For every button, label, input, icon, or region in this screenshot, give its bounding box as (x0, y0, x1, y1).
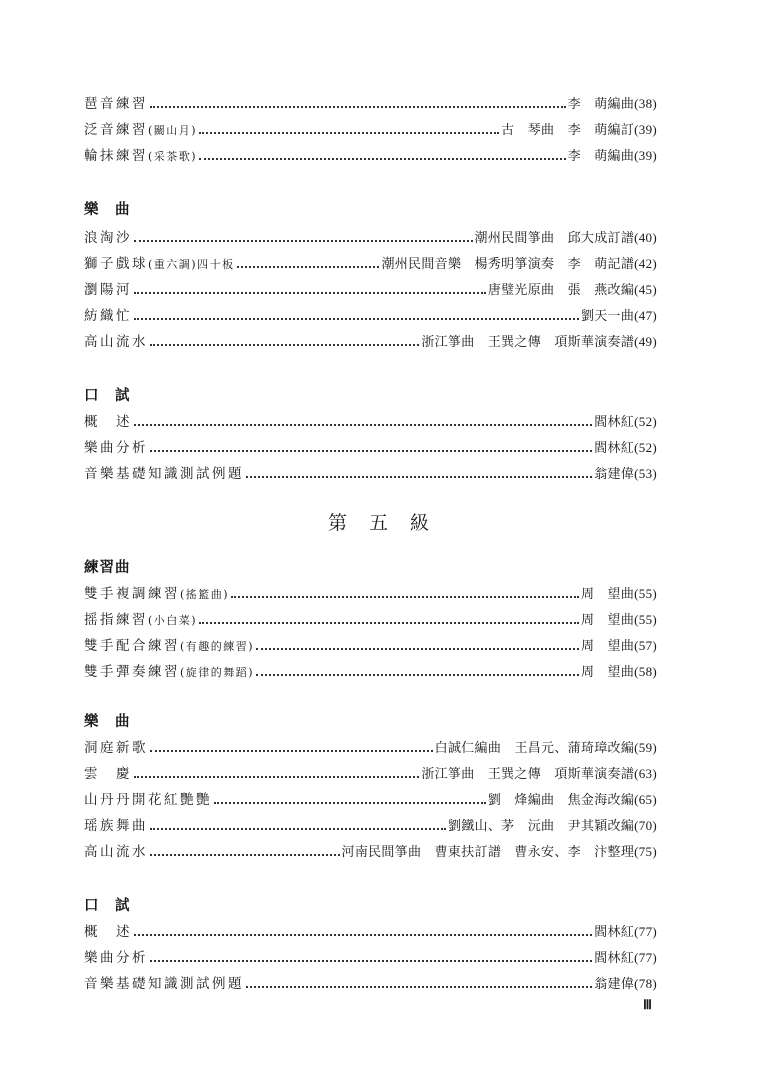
section-heading: 口 試 (84, 894, 131, 915)
dot-leader (246, 985, 592, 988)
entry-title: 高山流水 (84, 330, 148, 350)
toc-entry: 高山流水 浙江箏曲 王巽之傳 項斯華演奏譜(49) (84, 330, 657, 352)
dot-leader (134, 775, 419, 778)
dot-leader (150, 449, 592, 452)
entry-credit: 閻林紅(77) (594, 947, 657, 966)
entry-title: 雙手複調練習(搖籃曲) (84, 582, 229, 602)
toc-entry: 雲 慶 浙江箏曲 王巽之傳 項斯華演奏譜(63) (84, 762, 657, 784)
dot-leader (150, 959, 592, 962)
dot-leader (150, 853, 340, 856)
entry-title: 紡織忙 (84, 304, 132, 324)
entry-title: 洞庭新歌 (84, 736, 148, 756)
section-heading: 樂 曲 (84, 710, 131, 731)
dot-leader (256, 647, 579, 650)
dot-leader (199, 621, 579, 624)
entry-credit: 浙江箏曲 王巽之傳 項斯華演奏譜(63) (421, 763, 657, 782)
entry-credit: 河南民間箏曲 曹東扶訂譜 曹永安、李 汴整理(75) (342, 841, 657, 860)
toc-entry: 瀏陽河 唐璧光原曲 張 燕改編(45) (84, 278, 657, 300)
entry-title: 山丹丹開花紅艷艷 (84, 788, 212, 808)
entry-credit: 閻林紅(52) (594, 437, 657, 456)
entry-title: 音樂基礎知識測試例題 (84, 462, 244, 482)
level-heading: 第五級 (0, 508, 757, 535)
entry-credit: 古 琴曲 李 萌編訂(39) (501, 119, 657, 138)
entry-credit: 白誠仁編曲 王昌元、蒲琦璋改編(59) (435, 737, 657, 756)
entry-credit: 翁建偉(53) (594, 463, 657, 482)
toc-entry: 山丹丹開花紅艷艷 劉 烽編曲 焦金海改編(65) (84, 788, 657, 810)
entry-title: 概 述 (84, 920, 132, 940)
entry-title: 音樂基礎知識測試例題 (84, 972, 244, 992)
entry-credit: 潮州民間箏曲 邱大成訂譜(40) (475, 227, 657, 246)
dot-leader (134, 933, 592, 936)
dot-leader (246, 475, 592, 478)
toc-entry: 紡織忙 劉天一曲(47) (84, 304, 657, 326)
entry-title: 概 述 (84, 410, 132, 430)
entry-credit: 李 萌編曲(38) (568, 93, 657, 112)
entry-credit: 劉 烽編曲 焦金海改編(65) (488, 789, 657, 808)
toc-entry: 瑶族舞曲 劉鐵山、茅 沅曲 尹其穎改編(70) (84, 814, 657, 836)
entry-credit: 李 萌編曲(39) (568, 145, 657, 164)
toc-entry: 雙手配合練習(有趣的練習) 周 望曲(57) (84, 634, 657, 656)
section-heading: 口 試 (84, 384, 131, 405)
entry-credit: 浙江箏曲 王巽之傳 項斯華演奏譜(49) (421, 331, 657, 350)
entry-credit: 唐璧光原曲 張 燕改編(45) (488, 279, 657, 298)
entry-credit: 劉天一曲(47) (581, 305, 657, 324)
entry-credit: 劉鐵山、茅 沅曲 尹其穎改編(70) (448, 815, 657, 834)
dot-leader (150, 749, 433, 752)
dot-leader (150, 827, 446, 830)
toc-entry: 琶音練習 李 萌編曲(38) (84, 92, 657, 114)
dot-leader (134, 423, 592, 426)
entry-title: 泛音練習(關山月) (84, 118, 197, 138)
dot-leader (150, 343, 419, 346)
dot-leader (214, 801, 486, 804)
entry-title: 雙手彈奏練習(旋律的舞蹈) (84, 660, 254, 680)
dot-leader (134, 291, 486, 294)
toc-entry: 樂曲分析 閻林紅(52) (84, 436, 657, 458)
dot-leader (237, 265, 380, 268)
toc-entry: 音樂基礎知識測試例題 翁建偉(53) (84, 462, 657, 484)
entry-title: 浪淘沙 (84, 226, 132, 246)
entry-title: 樂曲分析 (84, 436, 148, 456)
dot-leader (256, 673, 579, 676)
dot-leader (199, 131, 499, 134)
section-heading: 練習曲 (84, 556, 131, 577)
entry-title: 樂曲分析 (84, 946, 148, 966)
entry-title: 摇指練習(小白菜) (84, 608, 197, 628)
toc-entry: 雙手複調練習(搖籃曲) 周 望曲(55) (84, 582, 657, 604)
toc-entry: 摇指練習(小白菜) 周 望曲(55) (84, 608, 657, 630)
toc-entry: 音樂基礎知識測試例題 翁建偉(78) (84, 972, 657, 994)
entry-title: 雲 慶 (84, 762, 132, 782)
entry-title: 琶音練習 (84, 92, 148, 112)
entry-title: 獅子戲球(重六調)四十板 (84, 252, 235, 272)
toc-entry: 輪抹練習(采茶歌) 李 萌編曲(39) (84, 144, 657, 166)
entry-title: 瑶族舞曲 (84, 814, 148, 834)
entry-title: 雙手配合練習(有趣的練習) (84, 634, 254, 654)
entry-credit: 周 望曲(55) (581, 609, 657, 628)
toc-entry: 樂曲分析 閻林紅(77) (84, 946, 657, 968)
toc-entry: 概 述 閻林紅(77) (84, 920, 657, 942)
toc-entry: 泛音練習(關山月) 古 琴曲 李 萌編訂(39) (84, 118, 657, 140)
entry-credit: 潮州民間音樂 楊秀明箏演奏 李 萌記譜(42) (381, 253, 657, 272)
dot-leader (134, 317, 579, 320)
entry-credit: 閻林紅(52) (594, 411, 657, 430)
toc-entry: 獅子戲球(重六調)四十板 潮州民間音樂 楊秀明箏演奏 李 萌記譜(42) (84, 252, 657, 274)
dot-leader (134, 239, 473, 242)
dot-leader (199, 157, 566, 160)
entry-credit: 周 望曲(57) (581, 635, 657, 654)
entry-title: 輪抹練習(采茶歌) (84, 144, 197, 164)
dot-leader (150, 105, 566, 108)
toc-entry: 高山流水 河南民間箏曲 曹東扶訂譜 曹永安、李 汴整理(75) (84, 840, 657, 862)
section-heading: 樂 曲 (84, 198, 131, 219)
entry-credit: 閻林紅(77) (594, 921, 657, 940)
page-number: Ⅲ (643, 997, 652, 1013)
toc-entry: 概 述 閻林紅(52) (84, 410, 657, 432)
entry-credit: 翁建偉(78) (594, 973, 657, 992)
entry-credit: 周 望曲(55) (581, 583, 657, 602)
toc-page: 琶音練習 李 萌編曲(38) 泛音練習(關山月) 古 琴曲 李 萌編訂(39) … (0, 0, 757, 1080)
entry-title: 瀏陽河 (84, 278, 132, 298)
entry-title: 高山流水 (84, 840, 148, 860)
toc-entry: 浪淘沙 潮州民間箏曲 邱大成訂譜(40) (84, 226, 657, 248)
dot-leader (231, 595, 579, 598)
toc-entry: 雙手彈奏練習(旋律的舞蹈) 周 望曲(58) (84, 660, 657, 682)
entry-credit: 周 望曲(58) (581, 661, 657, 680)
toc-entry: 洞庭新歌 白誠仁編曲 王昌元、蒲琦璋改編(59) (84, 736, 657, 758)
